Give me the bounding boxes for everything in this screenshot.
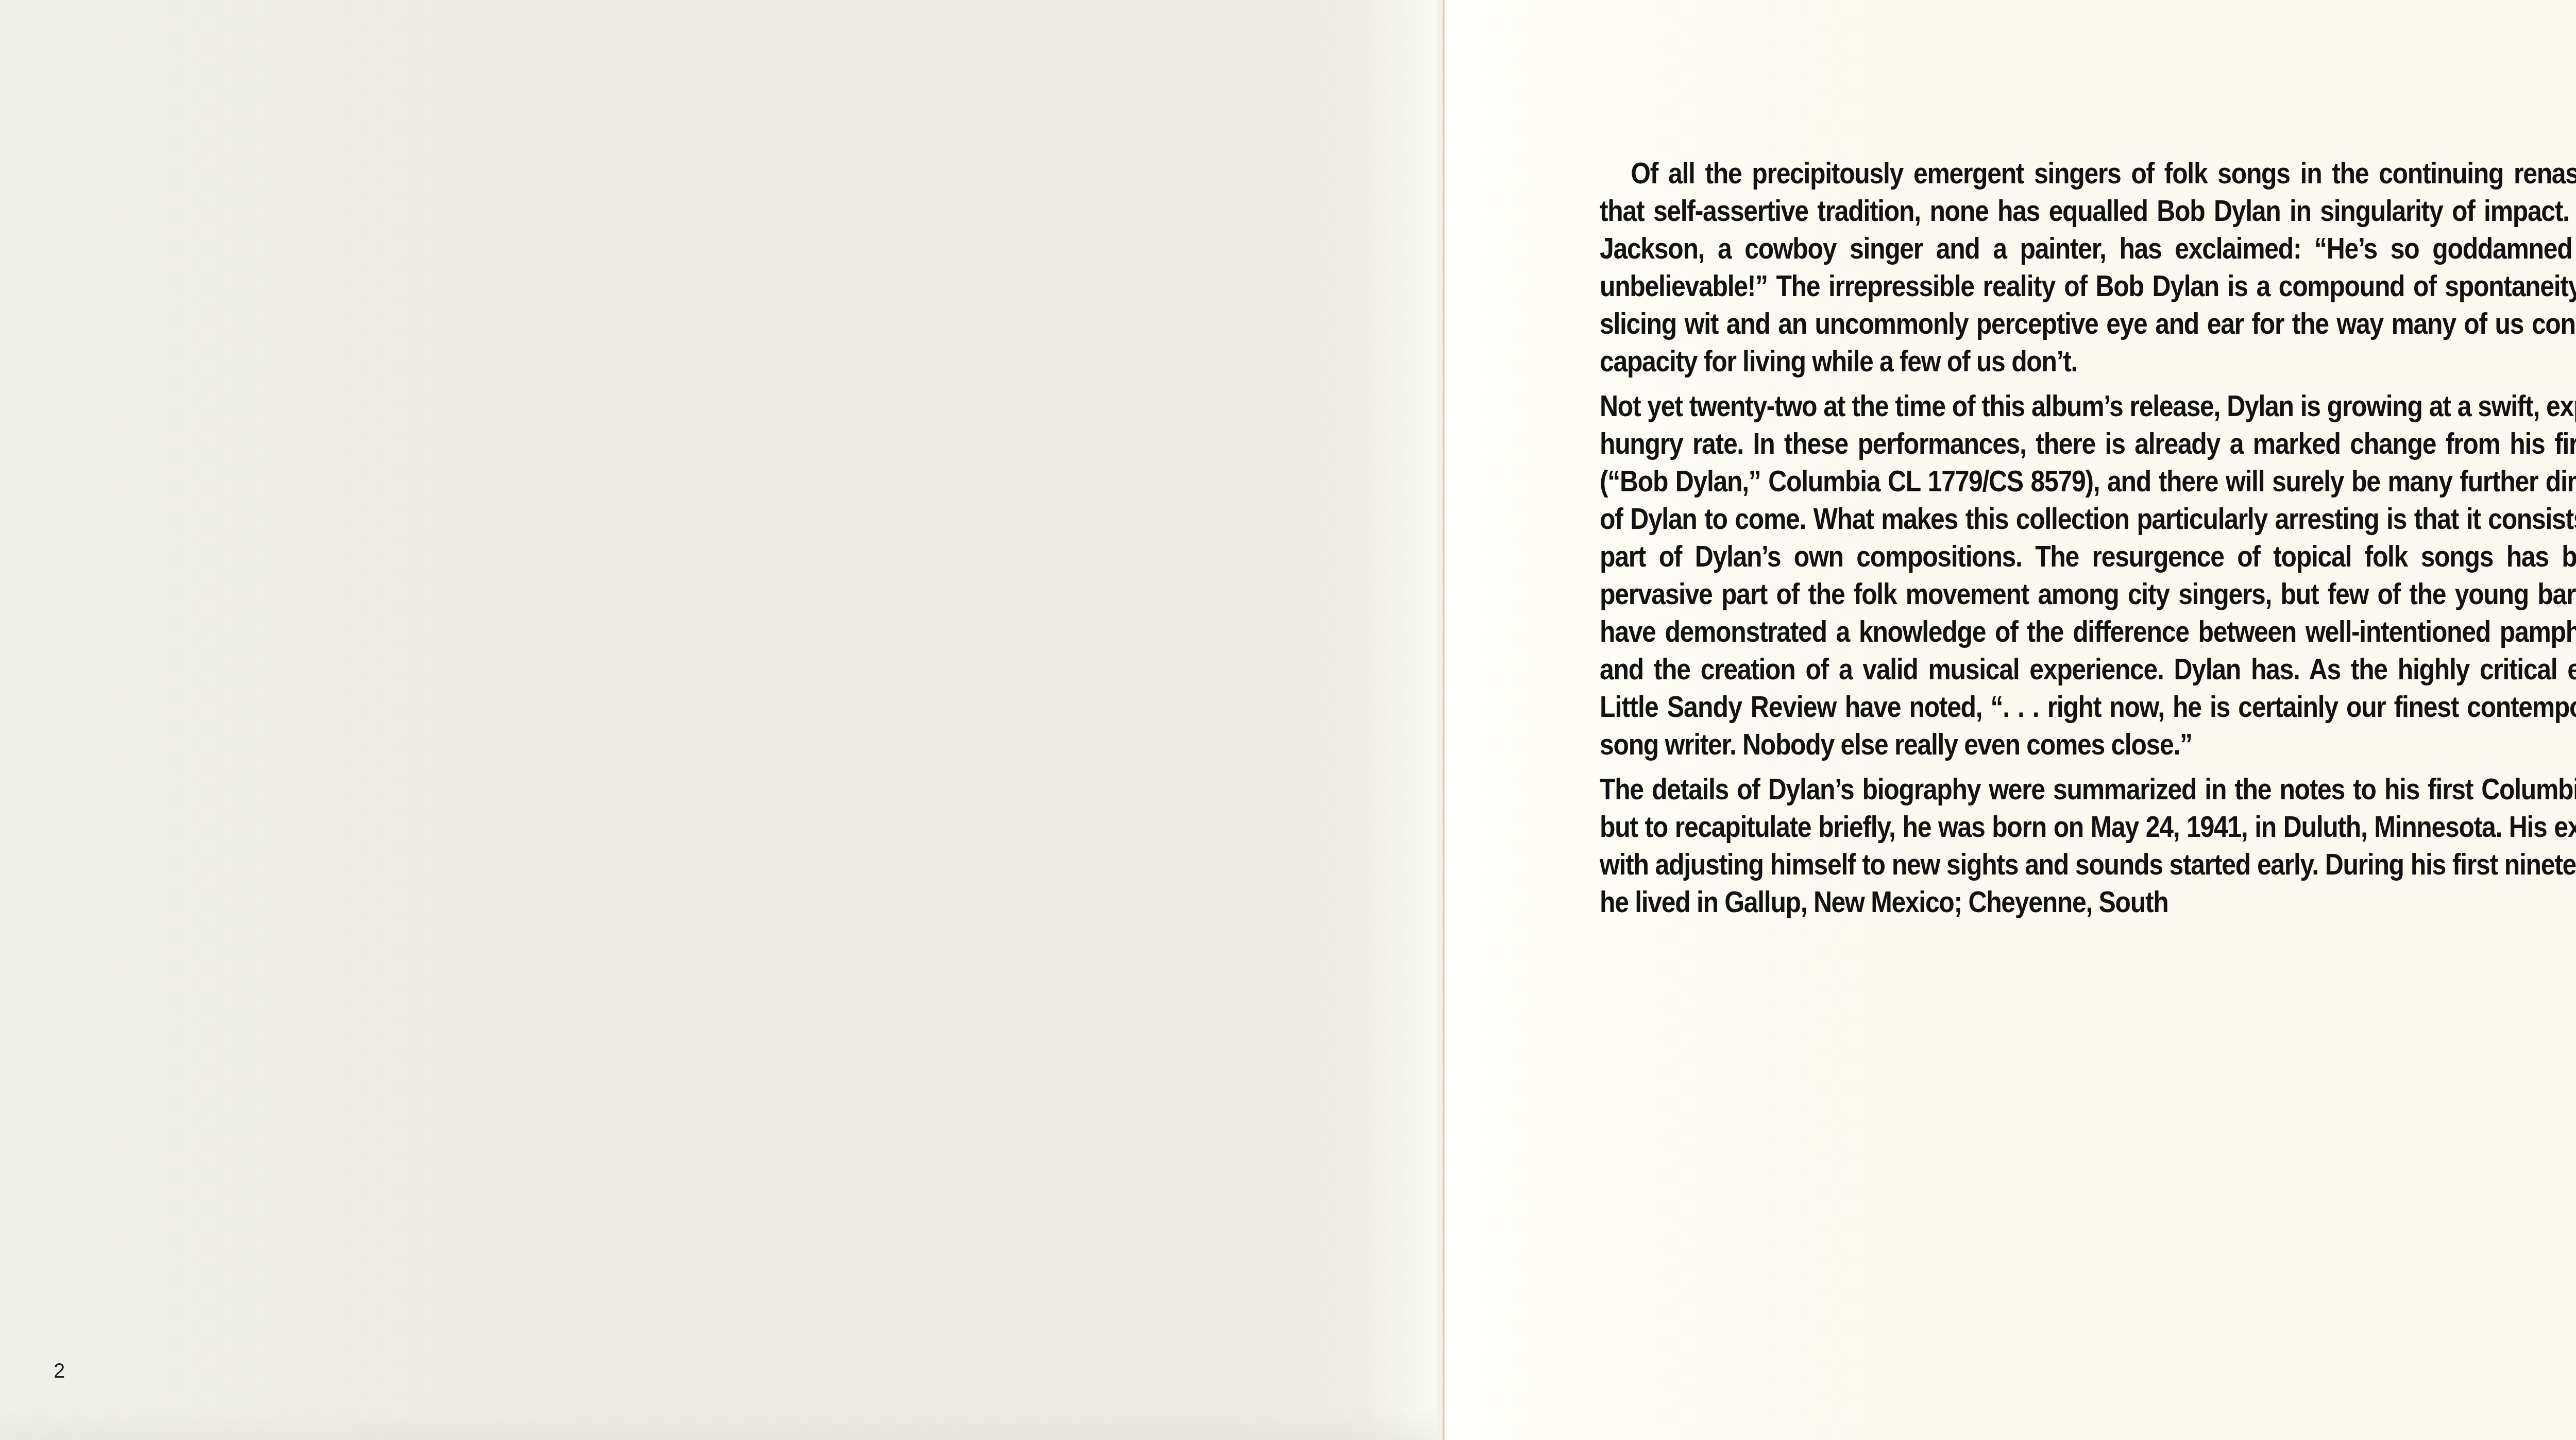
paragraph-text: The details of Dylan’s biography were su… (1600, 773, 2576, 919)
paragraph-3: The details of Dylan’s biography were su… (1600, 770, 2576, 921)
left-page: 2 (0, 0, 1437, 1440)
paragraph-1: Of all the precipitously emergent singer… (1600, 155, 2576, 380)
booklet-spread: 2 Of all the precipitously emergent sing… (0, 0, 2576, 1440)
paragraph-2: Not yet twenty-two at the time of this a… (1600, 387, 2576, 763)
emphasis-little-sandy-review: Little Sandy Review (1600, 690, 1836, 724)
liner-notes-text: Of all the precipitously emergent singer… (1600, 155, 2576, 928)
paragraph-text: Not yet twenty-two at the time of this a… (1600, 389, 2576, 686)
emphasis-reality: reality (1983, 269, 2056, 303)
page-number-left: 2 (54, 1360, 65, 1383)
